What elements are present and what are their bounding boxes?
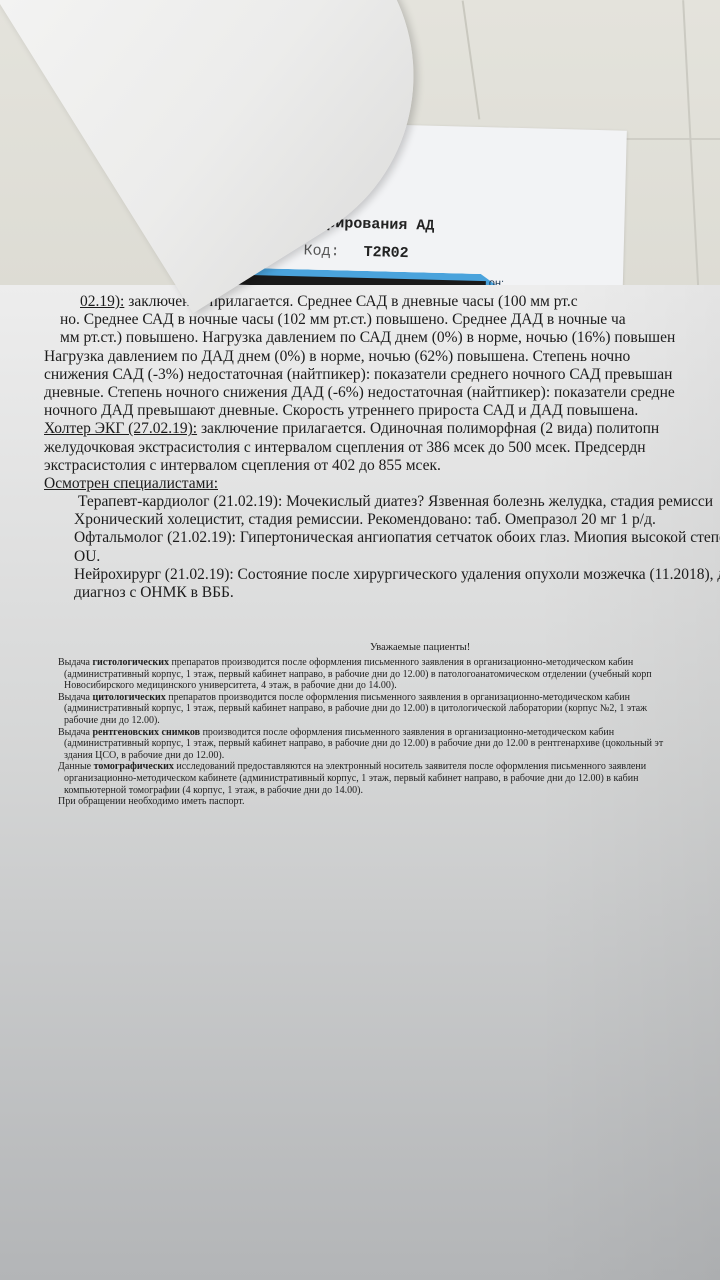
notice-text: Выдача	[58, 727, 92, 738]
line-text: снижения САД (-3%) недостаточная (найтпи…	[44, 366, 672, 383]
notice-text: препаратов производится после оформления…	[166, 692, 630, 703]
document-line: Нагрузка давлением по ДАД днем (0%) в но…	[44, 348, 720, 366]
notice-line: (административный корпус, 1 этаж, первый…	[58, 738, 720, 750]
line-text: экстрасистолия с интервалом сцепления от…	[44, 457, 441, 474]
notice-text: организационно-методическом кабинете (ад…	[64, 773, 638, 784]
specialist-line: Нейрохирург (21.02.19): Состояние после …	[44, 566, 720, 584]
notice-text: Данные	[58, 761, 94, 772]
document-line: снижения САД (-3%) недостаточная (найтпи…	[44, 366, 720, 384]
code-label: Код:	[303, 242, 339, 260]
notice-text: Выдача	[58, 692, 92, 703]
document-line: дневные. Степень ночного снижения ДАД (-…	[44, 384, 720, 402]
document-line: экстрасистолия с интервалом сцепления от…	[44, 457, 720, 475]
notice-line: рабочие дни до 12.00).	[58, 715, 720, 727]
notice-text: Выдача	[58, 657, 92, 668]
notice-line: здания ЦСО, в рабочие дни до 12.00).	[58, 750, 720, 762]
specialist-line: Терапевт-кардиолог (21.02.19): Мочекислы…	[44, 493, 720, 511]
notice-line: Выдача рентгеновских снимков производитс…	[58, 727, 720, 739]
line-text: дневные. Степень ночного снижения ДАД (-…	[44, 384, 675, 401]
notice-line: Новосибирского медицинского университета…	[58, 680, 720, 692]
document-line: Холтер ЭКГ (27.02.19): заключение прилаг…	[44, 420, 720, 438]
notice-text: компьютерной томографии (4 корпус, 1 эта…	[64, 785, 363, 796]
floor-tile-seam	[462, 0, 481, 119]
notice-text: здания ЦСО, в рабочие дни до 12.00).	[64, 750, 224, 761]
notice-text: Новосибирского медицинского университета…	[64, 680, 397, 691]
notice-text: рабочие дни до 12.00).	[64, 715, 160, 726]
notice-line: Данные томографических исследований пред…	[58, 761, 720, 773]
notice-text: производится после оформления письменног…	[200, 727, 614, 738]
document-line: желудочковая экстрасистолия с интервалом…	[44, 439, 720, 457]
line-text: желудочковая экстрасистолия с интервалом…	[44, 439, 646, 456]
document-line: мм рт.ст.) повышено. Нагрузка давлением …	[60, 329, 720, 347]
notice-line: компьютерной томографии (4 корпус, 1 эта…	[58, 785, 720, 797]
notice-heading: Уважаемые пациенты!	[370, 642, 470, 653]
document-body: 02.19): заключение прилагается. Среднее …	[44, 293, 720, 602]
notice-text: (административный корпус, 1 этаж, первый…	[64, 738, 663, 749]
specialist-line: Офтальмолог (21.02.19): Гипертоническая …	[44, 529, 720, 547]
notice-line: Выдача гистологических препаратов произв…	[58, 657, 720, 669]
notice-line: (административный корпус, 1 этаж, первый…	[58, 703, 720, 715]
line-text: мм рт.ст.) повышено. Нагрузка давлением …	[60, 329, 675, 346]
notice-text: препаратов производится после оформления…	[169, 657, 633, 668]
medical-document: 02.19): заключение прилагается. Среднее …	[0, 285, 720, 1280]
line-text: Нагрузка давлением по ДАД днем (0%) в но…	[44, 348, 630, 365]
notice-line: (административный корпус, 1 этаж, первый…	[58, 669, 720, 681]
line-text: заключение прилагается. Одиночная полимо…	[197, 420, 659, 437]
notice-text: (административный корпус, 1 этаж, первый…	[64, 703, 647, 714]
notice-line: При обращении необходимо иметь паспорт.	[58, 796, 720, 808]
specialist-line: Хронический холецистит, стадия ремиссии.…	[44, 511, 720, 529]
notice-bold-term: томографических	[94, 761, 174, 772]
notice-text: (административный корпус, 1 этаж, первый…	[64, 669, 652, 680]
code-value: T2R02	[363, 244, 408, 262]
notice-text: исследований предоставляются на электрон…	[174, 761, 646, 772]
notice-bold-term: цитологических	[92, 692, 165, 703]
section-label: 02.19):	[80, 293, 124, 310]
line-text: но. Среднее САД в ночные часы (102 мм рт…	[60, 311, 626, 328]
document-line: 02.19): заключение прилагается. Среднее …	[80, 293, 720, 311]
notice-bold-term: гистологических	[92, 657, 168, 668]
notice-bold-term: рентгеновских снимков	[92, 727, 200, 738]
specialists-heading: Осмотрен специалистами:	[44, 475, 720, 493]
line-text: ночного ДАД превышают дневные. Скорость …	[44, 402, 638, 419]
specialist-line: диагноз с ОНМК в ВББ.	[44, 584, 720, 602]
notice-line: организационно-методическом кабинете (ад…	[58, 773, 720, 785]
section-label: Холтер ЭКГ (27.02.19):	[44, 420, 197, 437]
patient-notice: Выдача гистологических препаратов произв…	[58, 657, 720, 808]
document-line: но. Среднее САД в ночные часы (102 мм рт…	[60, 311, 720, 329]
specialist-line: OU.	[44, 548, 720, 566]
notice-line: Выдача цитологических препаратов произво…	[58, 692, 720, 704]
notice-text: При обращении необходимо иметь паспорт.	[58, 796, 245, 807]
floor-tile-seam	[682, 0, 700, 300]
document-line: ночного ДАД превышают дневные. Скорость …	[44, 402, 720, 420]
